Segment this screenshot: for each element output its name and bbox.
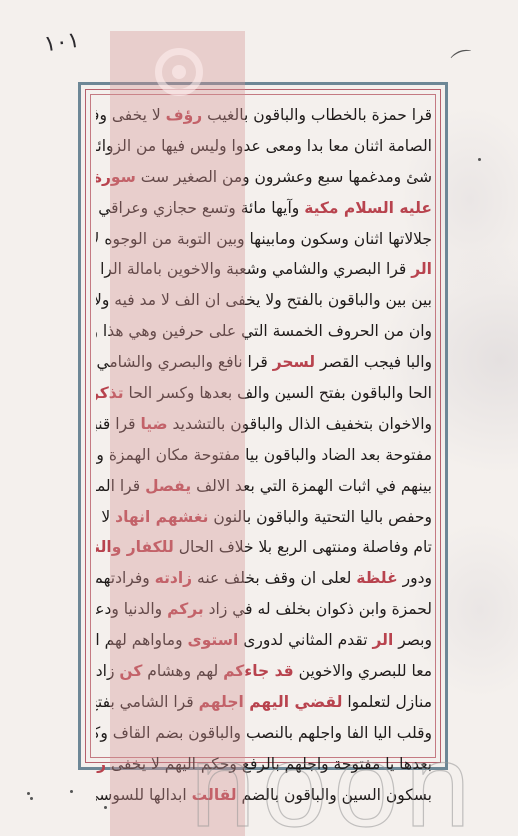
- line-text: قرا المكي والبصري: [96, 477, 145, 495]
- rubricated-keyword: ضيا: [140, 415, 167, 433]
- line-text: ودور: [398, 569, 432, 587]
- line-text: بين بين والباقون بالفتح ولا يخفى ان الف …: [96, 291, 432, 309]
- manuscript-text-block: قرا حمزة بالخطاب والباقون بالغيب رؤف لا …: [96, 100, 432, 750]
- line-text: منازل لتعلموا: [342, 693, 432, 711]
- manuscript-line: معا للبصري والاخوين قد جاءكم لهم وهشام ك…: [96, 656, 432, 687]
- manuscript-line: والبا فيجب القصر لسحر قرا نافع والبصري و…: [96, 347, 432, 378]
- rubricated-keyword: يفصل: [145, 477, 191, 495]
- manuscript-line: والاخوان بتخفيف الذال والباقون بالتشديد …: [96, 409, 432, 440]
- line-text: شئ ومدغمها سبع وعشرون ومن الصغير ست: [136, 168, 432, 186]
- manuscript-line: جلالاتها اثنان وسكون ومابينها وبين التوب…: [96, 224, 432, 255]
- line-text: لعلى ان وقف بخلف عنه: [192, 569, 356, 587]
- line-text: وحفص باليا التحتية والباقون بالنون: [208, 508, 432, 526]
- rubricated-keyword: رسلهم: [96, 755, 106, 773]
- rubricated-keyword: قد جاءكم: [223, 662, 294, 680]
- line-text: قرا نافع والبصري والشامي بكسر السين ولا …: [96, 353, 273, 371]
- rubricated-keyword: الر: [372, 631, 393, 649]
- line-text: ابدالها للسوسي وورش وعلم: [96, 786, 192, 804]
- manuscript-line: لحمزة وابن ذكوان بخلف له في زاد بركم وال…: [96, 594, 432, 625]
- manuscript-line: بينهم في اثبات الهمزة التي بعد الالف يفص…: [96, 471, 432, 502]
- rubricated-keyword: الر: [411, 260, 432, 278]
- manuscript-line: قرا حمزة بالخطاب والباقون بالغيب رؤف لا …: [96, 100, 432, 131]
- ink-speck: [30, 797, 33, 800]
- ink-speck: [104, 806, 107, 809]
- line-text: وبصر: [393, 631, 432, 649]
- watermark-logo-icon: [155, 48, 203, 96]
- line-text: قرا الشامي بفتح القاف والضاد: [96, 693, 199, 711]
- rubricated-keyword: لقضي اليهم اجلهم: [199, 693, 343, 711]
- ink-speck: [478, 158, 481, 161]
- rubricated-keyword: عليه السلام مكية: [304, 199, 432, 217]
- manuscript-line: الصامة اثنان معا بدا ومعى عدوا وليس فيها…: [96, 131, 432, 162]
- line-text: لحمزة وابن ذكوان بخلف له في زاد: [204, 600, 432, 618]
- manuscript-line: الر قرا البصري والشامي وشعبة والاخوين با…: [96, 254, 432, 285]
- rubricated-keyword: كن: [119, 662, 142, 680]
- line-text: زادته هذه: [96, 662, 119, 680]
- rubricated-keyword: غلظة: [356, 569, 397, 587]
- line-text: لا يخفى وفيها من الايات: [96, 106, 166, 124]
- line-text: والاخوان بتخفيف الذال والباقون بالتشديد: [168, 415, 432, 433]
- line-text: قرا حمزة بالخطاب والباقون بالغيب: [202, 106, 432, 124]
- manuscript-line: وان من الحروف الخمسة التي على حرفين وهي …: [96, 316, 432, 347]
- line-text: لهم وهشام: [142, 662, 223, 680]
- ink-speck: [70, 790, 73, 793]
- manuscript-line: وحفص باليا التحتية والباقون بالنون نغشهم…: [96, 502, 432, 533]
- manuscript-line: وبصر الر تقدم المثاني لدورى استوى وماواه…: [96, 625, 432, 656]
- line-text: مفتوحة بعد الضاد والباقون بيا مفتوحة مكا…: [96, 446, 432, 464]
- folio-number: ١٠١: [42, 28, 81, 58]
- ink-speck: [27, 792, 30, 795]
- line-text: تقدم المثاني لدورى: [238, 631, 372, 649]
- line-text: وان من الحروف الخمسة التي على حرفين وهي …: [96, 322, 432, 340]
- line-text: بينهم في اثبات الهمزة التي بعد الالف: [191, 477, 432, 495]
- line-text: لا يخفى: [96, 508, 115, 526]
- line-text: معا للبصري والاخوين: [294, 662, 432, 680]
- rubricated-keyword: استوى: [187, 631, 238, 649]
- manuscript-line: عليه السلام مكية وآيها مائة وتسع حجازي و…: [96, 193, 432, 224]
- manuscript-line: منازل لتعلموا لقضي اليهم اجلهم قرا الشام…: [96, 687, 432, 718]
- rubricated-keyword: للكفار والنهار: [96, 538, 174, 556]
- line-text: وفرادتهم معا وجاءكم: [96, 569, 155, 587]
- rubricated-keyword: نغشهم انهاد: [115, 508, 208, 526]
- line-text: وآيها مائة وتسع حجازي وعراقي وعشر شامي: [96, 199, 304, 217]
- watermark-text: noon: [190, 736, 477, 836]
- line-text: الحا والباقون بفتح السين والف بعدها وكسر…: [124, 384, 432, 402]
- line-text: الصامة اثنان معا بدا ومعى عدوا وليس فيها…: [96, 137, 432, 155]
- manuscript-line: شئ ومدغمها سبع وعشرون ومن الصغير ست سورة…: [96, 162, 432, 193]
- manuscript-line: مفتوحة بعد الضاد والباقون بيا مفتوحة مكا…: [96, 440, 432, 471]
- rubricated-keyword: تذكرون: [96, 384, 124, 402]
- line-text: تام وفاصلة ومنتهى الربع بلا خلاف الحال: [174, 538, 432, 556]
- rubricated-keyword: رؤف: [166, 106, 203, 124]
- line-text: وماواهم لهم المدغم: [96, 631, 187, 649]
- manuscript-line: تام وفاصلة ومنتهى الربع بلا خلاف الحال ل…: [96, 532, 432, 563]
- line-text: والدنيا ودعواهم مفاهم: [96, 600, 167, 618]
- rubricated-keyword: لسحر: [273, 353, 315, 371]
- manuscript-line: الحا والباقون بفتح السين والف بعدها وكسر…: [96, 378, 432, 409]
- manuscript-line: ودور غلظة لعلى ان وقف بخلف عنه زادته وفر…: [96, 563, 432, 594]
- manuscript-line: بين بين والباقون بالفتح ولا يخفى ان الف …: [96, 285, 432, 316]
- line-text: جلالاتها اثنان وسكون ومابينها وبين التوب…: [96, 230, 432, 248]
- line-text: قرا البصري والشامي وشعبة والاخوين بامالة…: [96, 260, 411, 278]
- line-text: قرا قنبل بهمزة: [96, 415, 140, 433]
- rubricated-keyword: زادته: [155, 569, 192, 587]
- rubricated-keyword: بركم: [167, 600, 204, 618]
- rubricated-keyword: سورة يونس: [96, 168, 136, 186]
- line-text: والبا فيجب القصر: [315, 353, 432, 371]
